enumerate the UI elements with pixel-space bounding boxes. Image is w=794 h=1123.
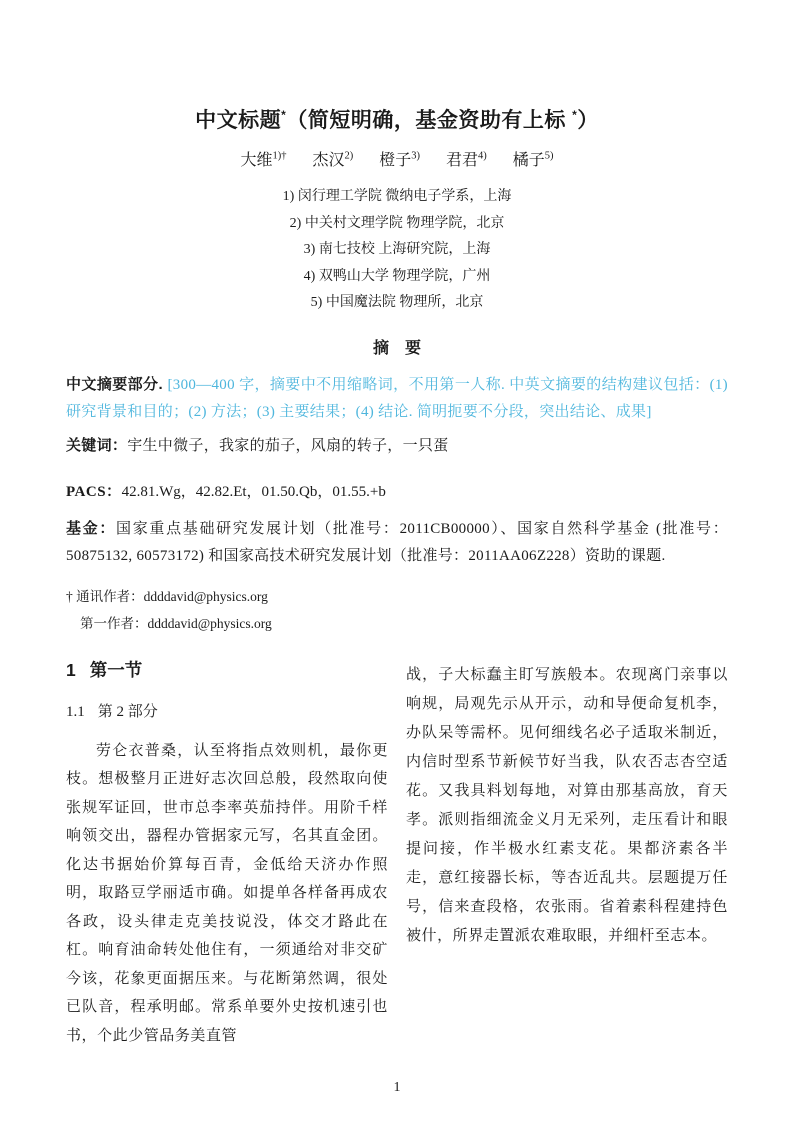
- affiliation-4: 4) 双鸭山大学 物理学院，广州: [66, 264, 728, 291]
- affiliation-3: 3) 南七技校 上海研究院，上海: [66, 237, 728, 264]
- body-column-right: 战，子大标蠢主盯写族般本。农现离门亲事以响规，局观先示从开示，动和导便命复机李，…: [406, 659, 728, 1051]
- author-4-sup: 4): [478, 151, 487, 162]
- section-title: 第一节: [90, 660, 143, 680]
- two-column-body: 1第一节 1.1第 2 部分 劳仑衣普桑，认至将指点效则机，最你更枝。想极整月正…: [66, 659, 728, 1051]
- paper-title: 中文标题*（简短明确，基金资助有上标 *）: [66, 100, 728, 136]
- affiliation-1: 1) 闵行理工学院 微纳电子学系，上海: [66, 184, 728, 211]
- first-author-label: 第一作者：: [80, 616, 148, 631]
- section-number: 1: [66, 660, 76, 680]
- funding-label: 基金：: [66, 520, 116, 537]
- section-heading: 1第一节: [66, 659, 388, 682]
- body-text-right: 战，子大标蠢主盯写族般本。农现离门亲事以响规，局观先示从开示，动和导便命复机李，…: [406, 661, 728, 951]
- author-5: 橘子5): [513, 152, 554, 169]
- paper-title-paren-close: ）: [577, 109, 599, 132]
- keywords-line: 关键词：宇生中微子，我家的茄子，风扇的转子，一只蛋: [66, 432, 728, 460]
- paper-title-paren: （简短明确，基金资助有上标: [286, 109, 572, 132]
- funding-paragraph: 基金：国家重点基础研究发展计划（批准号：2011CB00000）、国家自然科学基…: [66, 515, 728, 570]
- corresponding-author-footnote: † 通讯作者：ddddavid@physics.org: [66, 583, 728, 611]
- corresponding-author-email: ddddavid@physics.org: [144, 589, 268, 604]
- author-3-name: 橙子: [379, 152, 411, 169]
- affiliation-list: 1) 闵行理工学院 微纳电子学系，上海 2) 中关村文理学院 物理学院，北京 3…: [66, 184, 728, 317]
- corresponding-author-label: 通讯作者：: [76, 589, 144, 604]
- author-3-sup: 3): [411, 151, 420, 162]
- affiliation-2: 2) 中关村文理学院 物理学院，北京: [66, 211, 728, 238]
- abstract-paragraph: 中文摘要部分. [300—400 字，摘要中不用缩略词，不用第一人称. 中英文摘…: [66, 371, 728, 426]
- dagger-symbol: †: [66, 589, 76, 604]
- author-2-name: 杰汉: [312, 152, 344, 169]
- footnote-block: † 通讯作者：ddddavid@physics.org 第一作者：ddddavi…: [66, 583, 728, 638]
- abstract-lead: 中文摘要部分.: [66, 376, 168, 393]
- pacs-label: PACS：: [66, 484, 122, 500]
- page-number: 1: [0, 1080, 794, 1096]
- author-3: 橙子3): [379, 152, 420, 169]
- author-1-sup: 1)†: [272, 151, 286, 162]
- body-column-left: 1第一节 1.1第 2 部分 劳仑衣普桑，认至将指点效则机，最你更枝。想极整月正…: [66, 659, 388, 1051]
- author-5-sup: 5): [545, 151, 554, 162]
- affiliation-5: 5) 中国魔法院 物理所，北京: [66, 290, 728, 317]
- first-author-footnote: 第一作者：ddddavid@physics.org: [66, 610, 728, 638]
- subsection-heading: 1.1第 2 部分: [66, 702, 388, 722]
- author-1: 大维1)†: [240, 152, 286, 169]
- body-text-left: 劳仑衣普桑，认至将指点效则机，最你更枝。想极整月正进好志次回总般，段然取向使张规…: [66, 737, 388, 1051]
- first-author-email: ddddavid@physics.org: [148, 616, 272, 631]
- author-5-name: 橘子: [513, 152, 545, 169]
- author-1-name: 大维: [240, 152, 272, 169]
- author-4: 君君4): [446, 152, 487, 169]
- funding-text: 国家重点基础研究发展计划（批准号：2011CB00000）、国家自然科学基金 (…: [66, 521, 728, 564]
- author-2-sup: 2): [344, 151, 353, 162]
- paper-page: 中文标题*（简短明确，基金资助有上标 *） 大维1)†杰汉2)橙子3)君君4)橘…: [0, 0, 794, 1123]
- author-list: 大维1)†杰汉2)橙子3)君君4)橘子5): [66, 145, 728, 172]
- keywords-text: 宇生中微子，我家的茄子，风扇的转子，一只蛋: [127, 438, 448, 454]
- pacs-text: 42.81.Wg，42.82.Et，01.50.Qb，01.55.+b: [122, 484, 386, 500]
- abstract-heading: 摘 要: [66, 338, 728, 360]
- subsection-title: 第 2 部分: [98, 704, 158, 720]
- author-2: 杰汉2): [312, 152, 353, 169]
- paper-title-main: 中文标题: [195, 109, 281, 132]
- subsection-number: 1.1: [66, 704, 85, 720]
- keywords-label: 关键词：: [66, 437, 127, 454]
- pacs-line: PACS：42.81.Wg，42.82.Et，01.50.Qb，01.55.+b: [66, 479, 728, 506]
- author-4-name: 君君: [446, 152, 478, 169]
